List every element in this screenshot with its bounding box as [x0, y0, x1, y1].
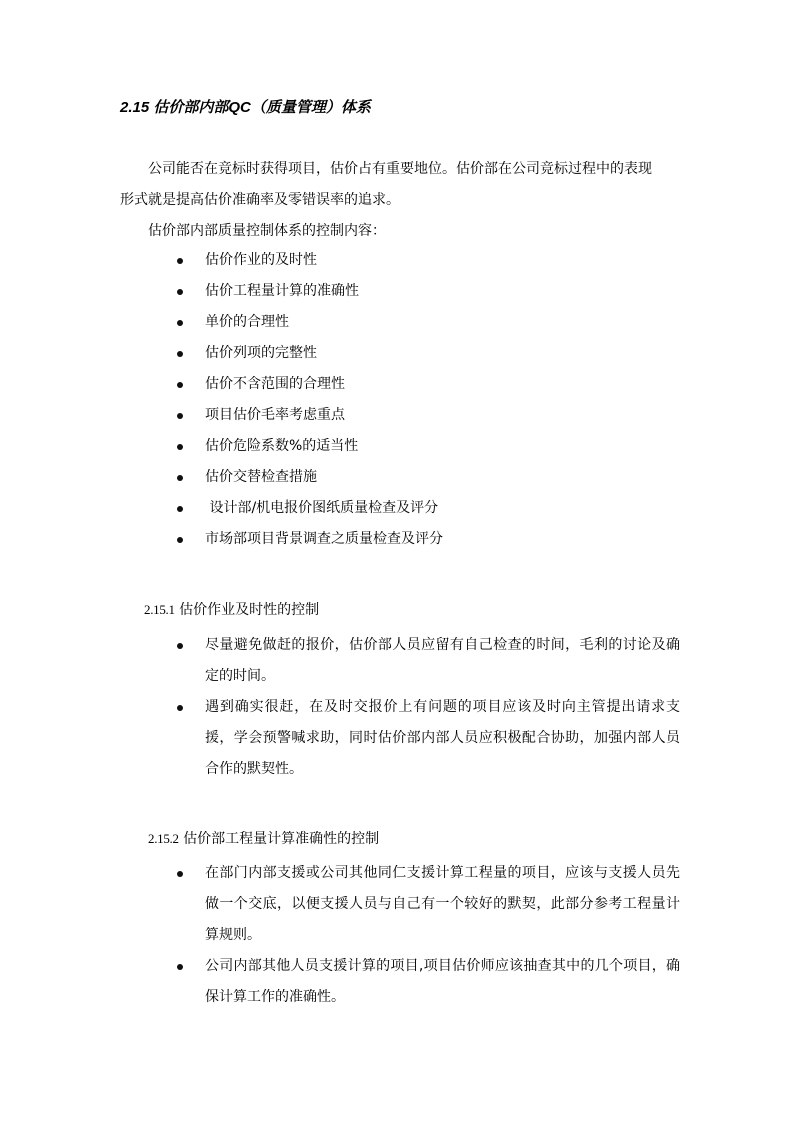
- bullet-icon: [177, 705, 183, 711]
- bullet-icon: [177, 506, 183, 512]
- section-heading: 2.15 估价部内部QC（质量管理）体系: [120, 96, 371, 117]
- bullet-icon: [177, 289, 183, 295]
- list-item: 公司内部其他人员支援计算的项目,项目估价师应该抽查其中的几个项目，确保计算工作的…: [174, 951, 680, 1013]
- subsection-number: 2.15.1: [144, 602, 175, 617]
- bullet-icon: [177, 351, 183, 357]
- subsection-2-bullets: 在部门内部支援或公司其他同仁支援计算工程量的项目，应该与支援人员先做一个交底，以…: [174, 858, 680, 1013]
- bullet-icon: [177, 475, 183, 481]
- bullet-icon: [177, 643, 183, 649]
- list-item: 遇到确实很赶，在及时交报价上有问题的项目应该及时向主管提出请求支援，学会预警喊求…: [174, 692, 680, 785]
- subsection-title: 估价部工程量计算准确性的控制: [183, 831, 379, 847]
- bullet-icon: [177, 258, 183, 264]
- intro-paragraph-line-2: 形式就是提高估价准确率及零错误率的追求。: [120, 189, 400, 209]
- list-item: 尽量避免做赶的报价，估价部人员应留有自己检查的时间，毛利的讨论及确定的时间。: [174, 630, 680, 692]
- bullet-icon: [177, 537, 183, 543]
- subsection-heading-2-15-1: 2.15.1 估价作业及时性的控制: [144, 599, 319, 619]
- intro-paragraph-line-1: 公司能否在竞标时获得项目，估价占有重要地位。估价部在公司竞标过程中的表现: [148, 158, 652, 178]
- subsection-heading-2-15-2: 2.15.2 估价部工程量计算准确性的控制: [148, 828, 379, 848]
- list-intro: 估价部内部质量控制体系的控制内容：: [148, 220, 386, 240]
- bullet-icon: [177, 320, 183, 326]
- bullet-icon: [177, 964, 183, 970]
- document-page: 2.15 估价部内部QC（质量管理）体系 公司能否在竞标时获得项目，估价占有重要…: [0, 0, 793, 1122]
- bullet-icon: [177, 382, 183, 388]
- subsection-number: 2.15.2: [148, 831, 179, 846]
- list-item: 在部门内部支援或公司其他同仁支援计算工程量的项目，应该与支援人员先做一个交底，以…: [174, 858, 680, 951]
- bullet-icon: [177, 871, 183, 877]
- subsection-title: 估价作业及时性的控制: [179, 602, 319, 618]
- subsection-1-bullets: 尽量避免做赶的报价，估价部人员应留有自己检查的时间，毛利的讨论及确定的时间。 遇…: [174, 630, 680, 785]
- bullet-icon: [177, 413, 183, 419]
- bullet-icon: [177, 444, 183, 450]
